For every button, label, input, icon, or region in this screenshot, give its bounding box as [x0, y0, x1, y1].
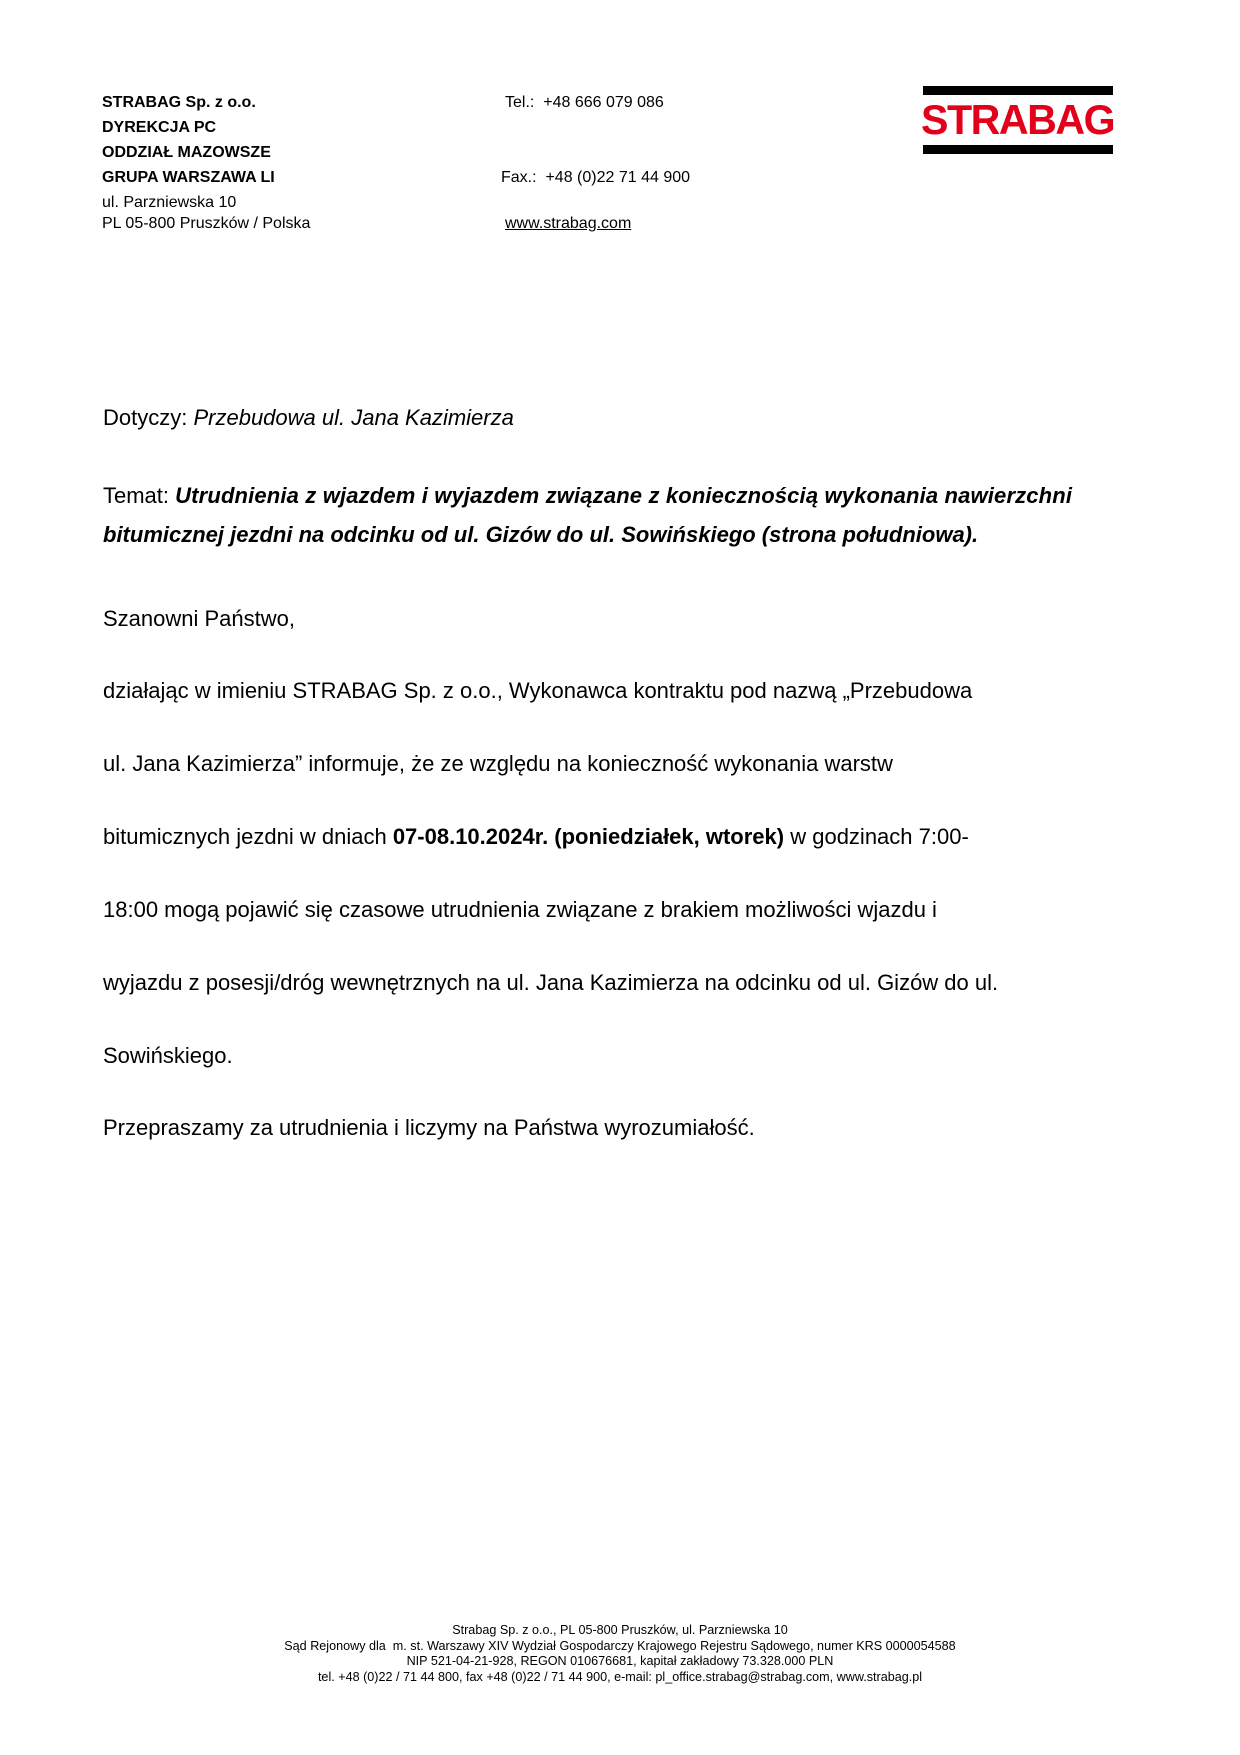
subject-label: Dotyczy:: [103, 405, 193, 430]
body-line-3: bitumicznych jezdni w dniach 07-08.10.20…: [103, 824, 969, 850]
footer-tax-ids: NIP 521-04-21-928, REGON 010676681, kapi…: [0, 1654, 1240, 1670]
body-line-5: wyjazdu z posesji/dróg wewnętrznych na u…: [103, 970, 998, 996]
footer-court-registry: Sąd Rejonowy dla m. st. Warszawy XIV Wyd…: [0, 1639, 1240, 1655]
footer-address: Strabag Sp. z o.o., PL 05-800 Pruszków, …: [0, 1623, 1240, 1639]
company-group: GRUPA WARSZAWA LI: [102, 167, 275, 188]
logo-wordmark: STRABAG: [921, 96, 1111, 144]
company-directorate: DYREKCJA PC: [102, 117, 216, 138]
footer: Strabag Sp. z o.o., PL 05-800 Pruszków, …: [0, 1623, 1240, 1685]
website-link[interactable]: www.strabag.com: [505, 213, 631, 234]
topic-text-1: Utrudnienia z wjazdem i wyjazdem związan…: [175, 483, 1072, 508]
logo-bottom-bar: [923, 145, 1113, 154]
website-link-text[interactable]: www.strabag.com: [505, 215, 631, 232]
fax-number: Fax.: +48 (0)22 71 44 900: [501, 167, 690, 188]
logo-top-bar: [923, 86, 1113, 95]
footer-contacts: tel. +48 (0)22 / 71 44 800, fax +48 (0)2…: [0, 1670, 1240, 1686]
body-line-1: działając w imieniu STRABAG Sp. z o.o., …: [103, 678, 972, 704]
topic-line-1: Temat: Utrudnienia z wjazdem i wyjazdem …: [103, 483, 1072, 509]
salutation: Szanowni Państwo,: [103, 606, 295, 632]
address-street: ul. Parzniewska 10: [102, 192, 236, 213]
strabag-logo: STRABAG: [923, 86, 1113, 154]
topic-label: Temat:: [103, 483, 175, 508]
body-line-3-post: w godzinach 7:00-: [784, 824, 969, 849]
body-line-6: Sowińskiego.: [103, 1043, 233, 1069]
topic-line-2: bitumicznej jezdni na odcinku od ul. Giz…: [103, 522, 978, 548]
body-line-2: ul. Jana Kazimierza” informuje, że ze wz…: [103, 751, 893, 777]
address-city: PL 05-800 Pruszków / Polska: [102, 213, 310, 234]
body-line-3-pre: bitumicznych jezdni w dniach: [103, 824, 393, 849]
phone-number: Tel.: +48 666 079 086: [505, 92, 664, 113]
company-branch: ODDZIAŁ MAZOWSZE: [102, 142, 271, 163]
subject-value: Przebudowa ul. Jana Kazimierza: [193, 405, 513, 430]
subject-line: Dotyczy: Przebudowa ul. Jana Kazimierza: [103, 405, 514, 431]
company-name: STRABAG Sp. z o.o.: [102, 92, 256, 113]
work-dates: 07-08.10.2024r. (poniedziałek, wtorek): [393, 824, 784, 849]
closing-line: Przepraszamy za utrudnienia i liczymy na…: [103, 1115, 755, 1141]
body-line-4: 18:00 mogą pojawić się czasowe utrudnien…: [103, 897, 937, 923]
